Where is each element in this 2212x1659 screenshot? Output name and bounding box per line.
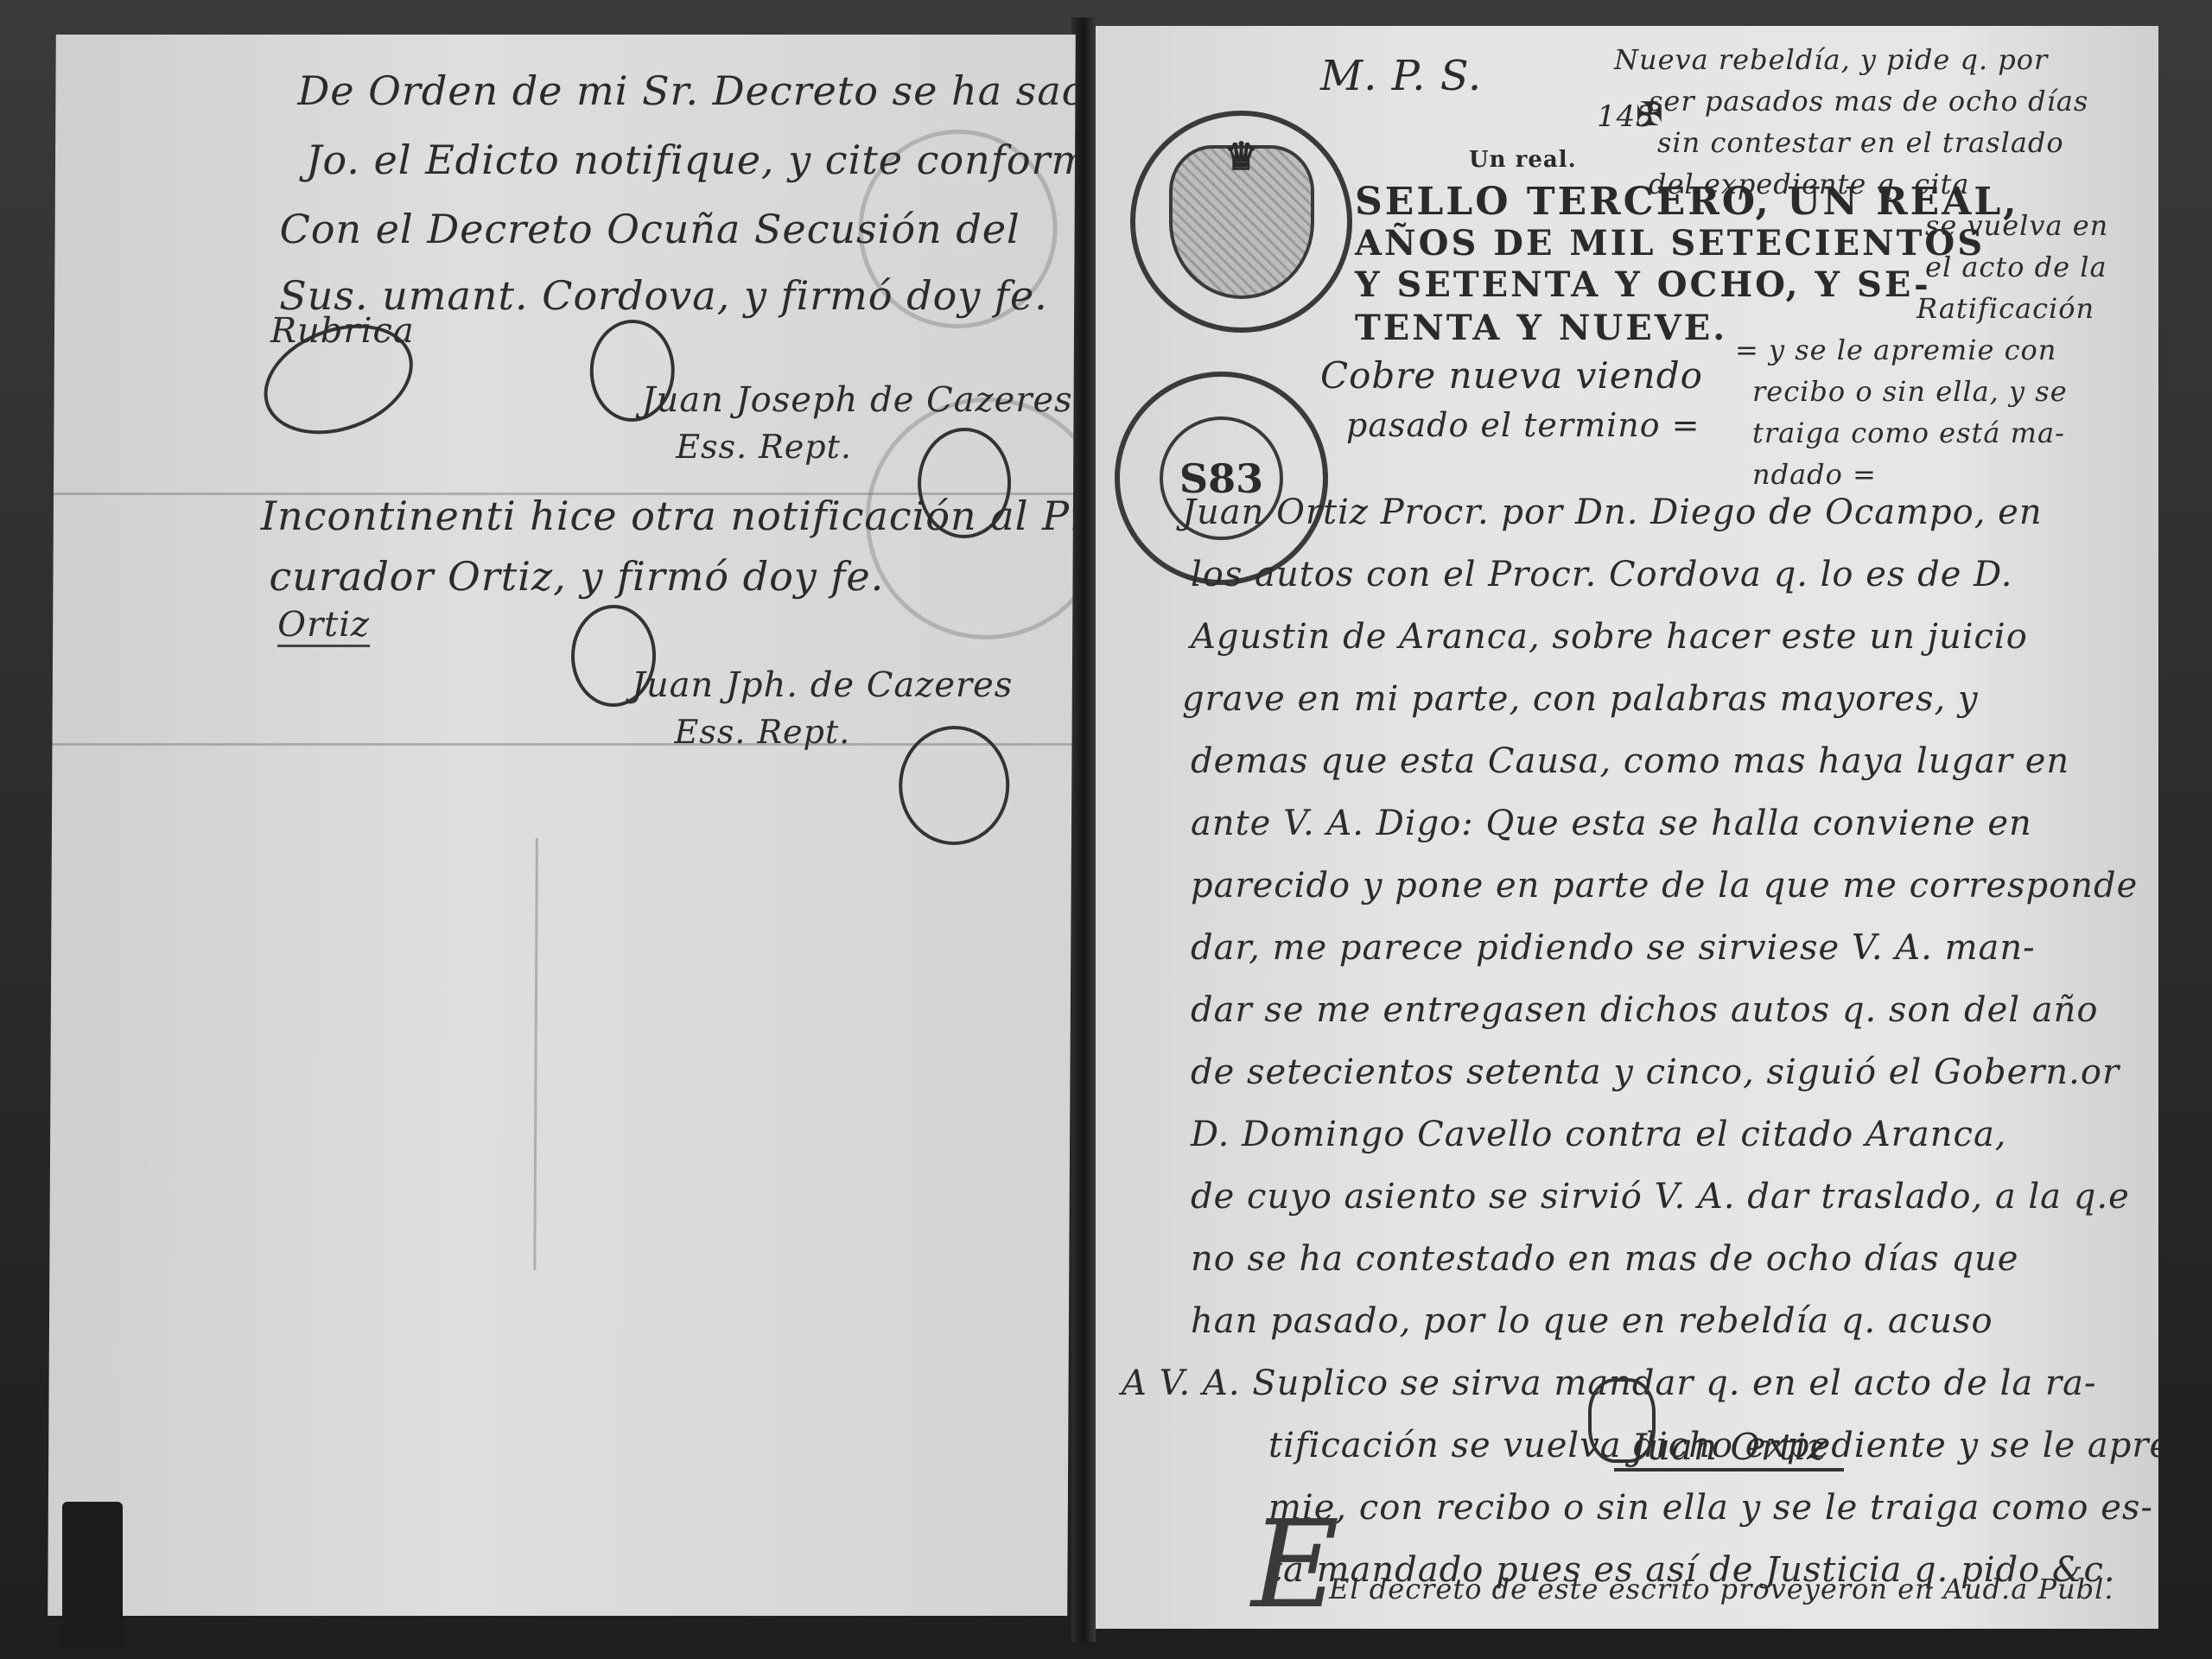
margin-note-line: Ratificación [1916,292,2094,325]
body-line: no se ha contestado en mas de ocho días … [1191,1239,2018,1279]
body-line: los autos con el Procr. Cordova q. lo es… [1191,555,2013,594]
margin-note-line: del expediente q. cita [1649,168,1969,200]
stamp-line-3: Y SETENTA Y OCHO, Y SE- [1355,264,1931,305]
decree-line: El decreto de este escrito proveyeron en… [1329,1573,2113,1605]
left-margin-note-line: Cobre nueva viendo [1320,354,1703,397]
body-line: de setecientos setenta y cinco, siguió e… [1191,1052,2120,1092]
body-line: ante V. A. Digo: Que esta se halla convi… [1191,804,2032,843]
margin-note-line: traiga como está ma- [1752,416,2065,449]
body-line: de cuyo asiento se sirvió V. A. dar tras… [1191,1177,2130,1217]
margin-note-line: sin contestar en el traslado [1657,126,2064,159]
margin-note-line: el acto de la [1925,251,2107,283]
left-paragraph-2-line-1: Incontinenti hice otra notificación al P… [261,493,1076,539]
margin-note-line: ndado = [1752,458,1877,491]
body-line: D. Domingo Cavello contra el citado Aran… [1191,1115,2007,1154]
signature-name: Juan Ortiz [1614,1426,1844,1471]
stamp-line-4: TENTA Y NUEVE. [1355,308,1727,348]
fold-line [533,838,538,1270]
left-line-2: Jo. el Edicto notifique, y cite conforme [306,137,1076,183]
body-line: mie, con recibo o sin ella y se le traig… [1268,1488,2153,1528]
signature-1-name: Juan Joseph de Cazeres [641,380,1072,420]
stamp-value-label: Un real. [1469,147,1577,173]
body-line: dar se me entregasen dichos autos q. son… [1191,990,2098,1030]
stamp-line-2: AÑOS DE MIL SETECIENTOS [1355,223,1985,264]
crown-icon: ♛ [1224,135,1258,179]
right-page: M. P. S. 143 ✠ Un real. ♛ SELLO TERCERO,… [1096,26,2158,1629]
body-line: grave en mi parte, con palabras mayores,… [1182,679,1979,719]
margin-note-line: se vuelva en [1925,209,2108,242]
body-line: parecido y pone en parte de la que me co… [1191,866,2138,906]
folio-header: M. P. S. [1320,52,1482,100]
body-line: dar, me parece pidiendo se sirviese V. A… [1191,928,2036,968]
habilitation-seal-icon: S83 [1115,372,1328,585]
signature-1-flourish: Rubrica [270,311,415,351]
binding-clip [62,1502,123,1649]
left-line-3: Con el Decreto Ocuña Secusión del [279,206,1020,252]
left-line-1: De Orden de mi Sr. Decreto se ha sacado [297,67,1075,114]
margin-note-line: = y se le apremie con [1735,334,2056,366]
margin-note-line: ser pasados mas de ocho días [1649,85,2088,118]
left-paragraph-2-line-2: curador Ortiz, y firmó doy fe. [269,553,884,600]
body-line: han pasado, por lo que en rebeldía q. ac… [1191,1301,1993,1341]
margin-note-line: Nueva rebeldía, y pide q. por [1614,43,2048,76]
decree-initial-E: E [1251,1495,1340,1629]
left-margin-note-line: pasado el termino = [1346,406,1700,444]
book-gutter [1071,17,1096,1642]
margin-note-line: recibo o sin ella, y se [1752,375,2068,408]
body-line: Agustin de Aranca, sobre hacer este un j… [1191,617,2028,657]
signature-2: Ortiz [277,605,370,647]
left-page: De Orden de mi Sr. Decreto se ha sacado … [48,35,1076,1616]
signature-3-name: Juan Jph. de Cazeres [632,665,1014,705]
signature-1-title: Ess. Rept. [676,428,852,466]
signature-3-title: Ess. Rept. [674,713,850,751]
rubric-mark-icon [899,726,1010,845]
royal-seal-icon: ♛ [1130,111,1352,333]
body-line: Juan Ortiz Procr. por Dn. Diego de Ocamp… [1182,493,2043,532]
body-line: demas que esta Causa, como mas haya luga… [1191,741,2069,781]
